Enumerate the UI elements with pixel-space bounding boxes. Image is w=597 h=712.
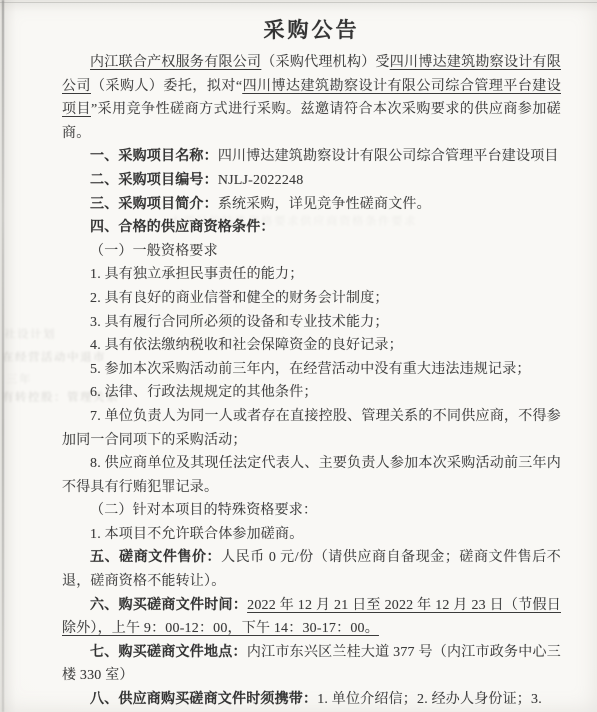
text-segment: 四川博达建筑勘察设计有限公司综合管理平台建设项目 bbox=[218, 149, 559, 164]
scanned-document-page: 采购公告 内江联合产权服务有限公司（采购代理机构）受四川博达建筑勘察设计有限公司… bbox=[0, 0, 597, 712]
page-top-edge-line bbox=[0, 2, 597, 3]
text-segment: NJLJ-2022248 bbox=[218, 173, 304, 188]
bleedthrough-text: 社设计划 bbox=[4, 327, 56, 342]
general-qualification-3: 3. 具有履行合同所必须的设备和专业技术能力； bbox=[62, 311, 561, 335]
text-segment: （采购人）委托，拟对“ bbox=[91, 79, 242, 94]
bleedthrough-text: 三年 bbox=[6, 372, 32, 387]
text-segment: 1. 单位介绍信；2. 经办人身份证；3. bbox=[317, 692, 542, 707]
text-segment: 六、购买磋商文件时间： bbox=[90, 598, 247, 613]
item-7-purchase-place: 七、购买磋商文件地点：内江市东兴区兰桂大道 377 号（内江市政务中心三楼 33… bbox=[62, 641, 561, 688]
item-1-project-name: 一、采购项目名称：四川博达建筑勘察设计有限公司综合管理平台建设项目 bbox=[62, 145, 561, 169]
text-segment: 七、购买磋商文件地点： bbox=[90, 645, 247, 660]
text-segment: 二、采购项目编号： bbox=[90, 173, 218, 188]
text-segment: 5. 参加本次采购活动前三年内，在经营活动中没有重大违法违规记录； bbox=[90, 362, 531, 377]
general-qualification-4: 4. 具有依法缴纳税收和社会保障资金的良好记录； bbox=[62, 334, 561, 358]
text-segment: 系统采购，详见竞争性磋商文件。 bbox=[218, 197, 431, 212]
text-segment: 八、供应商购买磋商文件时须携带： bbox=[90, 692, 317, 707]
item-3-project-brief: 三、采购项目简介：系统采购，详见竞争性磋商文件。 bbox=[62, 193, 561, 217]
document-title: 采购公告 bbox=[62, 16, 561, 44]
text-segment: ”采用竞争性磋商方式进行采购。兹邀请符合本次采购要求的供应商参加磋商。 bbox=[62, 102, 561, 141]
item-6-purchase-time: 六、购买磋商文件时间：2022 年 12 月 21 日至 2022 年 12 月… bbox=[62, 594, 561, 641]
item-2-project-number: 二、采购项目编号：NJLJ-2022248 bbox=[62, 169, 561, 193]
text-segment: 五、磋商文件售价： bbox=[90, 550, 221, 565]
general-qualification-1: 1. 具有独立承担民事责任的能力； bbox=[62, 263, 561, 287]
general-qualification-heading: （一）一般资格要求 bbox=[62, 240, 561, 264]
text-segment: （二）针对本项目的特殊资格要求： bbox=[90, 503, 317, 518]
text-segment: 3. 具有履行合同所必须的设备和专业技术能力； bbox=[90, 315, 389, 330]
text-segment: 内江联合产权服务有限公司 bbox=[90, 55, 261, 70]
text-segment: 四、合格的供应商资格条件： bbox=[90, 220, 275, 235]
text-segment: 4. 具有依法缴纳税收和社会保障资金的良好记录； bbox=[90, 338, 403, 353]
item-8-required-documents: 八、供应商购买磋商文件时须携带：1. 单位介绍信；2. 经办人身份证；3. bbox=[62, 688, 561, 712]
text-segment: 7. 单位负责人为同一人或者存在直接控股、管理关系的不同供应商，不得参加同一合同… bbox=[62, 409, 561, 448]
text-segment: 一、采购项目名称： bbox=[90, 149, 218, 164]
general-qualification-5: 5. 参加本次采购活动前三年内，在经营活动中没有重大违法违规记录； bbox=[62, 358, 561, 382]
page-left-edge-line bbox=[2, 0, 4, 712]
text-segment: 2. 具有良好的商业信誉和健全的财务会计制度； bbox=[90, 291, 389, 306]
item-4-qualification-heading: 四、合格的供应商资格条件： bbox=[62, 216, 561, 240]
text-segment: 1. 具有独立承担民事责任的能力； bbox=[90, 267, 303, 282]
text-segment: 三、采购项目简介： bbox=[90, 197, 218, 212]
general-qualification-6: 6. 法律、行政法规规定的其他条件； bbox=[62, 381, 561, 405]
general-qualification-7: 7. 单位负责人为同一人或者存在直接控股、管理关系的不同供应商，不得参加同一合同… bbox=[62, 405, 561, 452]
general-qualification-2: 2. 具有良好的商业信誉和健全的财务会计制度； bbox=[62, 287, 561, 311]
text-segment: 6. 法律、行政法规规定的其他条件； bbox=[90, 385, 318, 400]
general-qualification-8: 8. 供应商单位及其现任法定代表人、主要负责人参加本次采购活动前三年内不得具有行… bbox=[62, 452, 561, 499]
text-segment: 8. 供应商单位及其现任法定代表人、主要负责人参加本次采购活动前三年内不得具有行… bbox=[62, 456, 561, 495]
document-content: 采购公告 内江联合产权服务有限公司（采购代理机构）受四川博达建筑勘察设计有限公司… bbox=[62, 12, 561, 712]
item-5-document-price: 五、磋商文件售价：人民币 0 元/份（请供应商自备现金；磋商文件售后不退，磋商资… bbox=[62, 546, 561, 593]
document-body: 内江联合产权服务有限公司（采购代理机构）受四川博达建筑勘察设计有限公司（采购人）… bbox=[62, 51, 561, 712]
intro-paragraph: 内江联合产权服务有限公司（采购代理机构）受四川博达建筑勘察设计有限公司（采购人）… bbox=[62, 51, 561, 145]
text-segment: （一）一般资格要求 bbox=[90, 244, 218, 259]
special-qualification-heading: （二）针对本项目的特殊资格要求： bbox=[62, 499, 561, 523]
text-segment: 1. 本项目不允许联合体参加磋商。 bbox=[90, 527, 303, 542]
text-segment: （采购代理机构）受 bbox=[261, 55, 389, 70]
special-qualification-1: 1. 本项目不允许联合体参加磋商。 bbox=[62, 523, 561, 547]
